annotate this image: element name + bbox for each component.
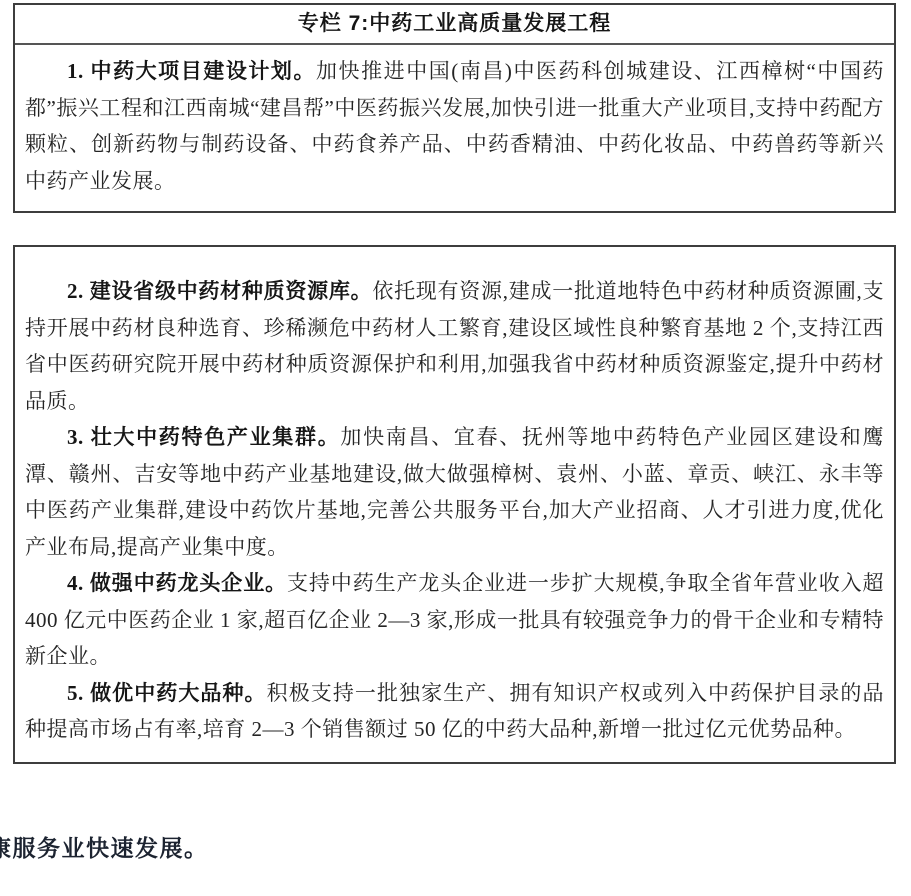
paragraph-item-3: 3. 壮大中药特色产业集群。加快南昌、宜春、抚州等地中药特色产业园区建设和鹰潭、… xyxy=(25,419,884,565)
paragraph-lead: 4. 做强中药龙头企业。 xyxy=(67,571,287,595)
paragraph-item-4: 4. 做强中药龙头企业。支持中药生产龙头企业进一步扩大规模,争取全省年营业收入超… xyxy=(25,565,884,675)
paragraph-lead: 2. 建设省级中药材种质资源库。 xyxy=(67,279,372,303)
sidebar-box-tcm-industry-project: 专栏 7:中药工业高质量发展工程 1. 中药大项目建设计划。加快推进中国(南昌)… xyxy=(13,3,896,213)
sidebar-box-tcm-industry-items: 2. 建设省级中药材种质资源库。依托现有资源,建成一批道地特色中药材种质资源圃,… xyxy=(13,245,896,764)
box-title: 专栏 7:中药工业高质量发展工程 xyxy=(15,5,894,45)
paragraph-lead: 1. 中药大项目建设计划。 xyxy=(67,59,316,83)
paragraph-item-5: 5. 做优中药大品种。积极支持一批独家生产、拥有知识产权或列入中药保护目录的品种… xyxy=(25,675,884,748)
paragraph-item-1: 1. 中药大项目建设计划。加快推进中国(南昌)中医药科创城建设、江西樟树“中国药… xyxy=(25,53,884,199)
box1-content: 1. 中药大项目建设计划。加快推进中国(南昌)中医药科创城建设、江西樟树“中国药… xyxy=(15,45,894,211)
paragraph-item-2: 2. 建设省级中药材种质资源库。依托现有资源,建成一批道地特色中药材种质资源圃,… xyxy=(25,273,884,419)
box2-content: 2. 建设省级中药材种质资源库。依托现有资源,建成一批道地特色中药材种质资源圃,… xyxy=(15,247,894,762)
paragraph-lead: 5. 做优中药大品种。 xyxy=(67,681,267,705)
body-text-fragment: 康服务业快速发展。 xyxy=(0,830,209,863)
paragraph-lead: 3. 壮大中药特色产业集群。 xyxy=(67,425,340,449)
